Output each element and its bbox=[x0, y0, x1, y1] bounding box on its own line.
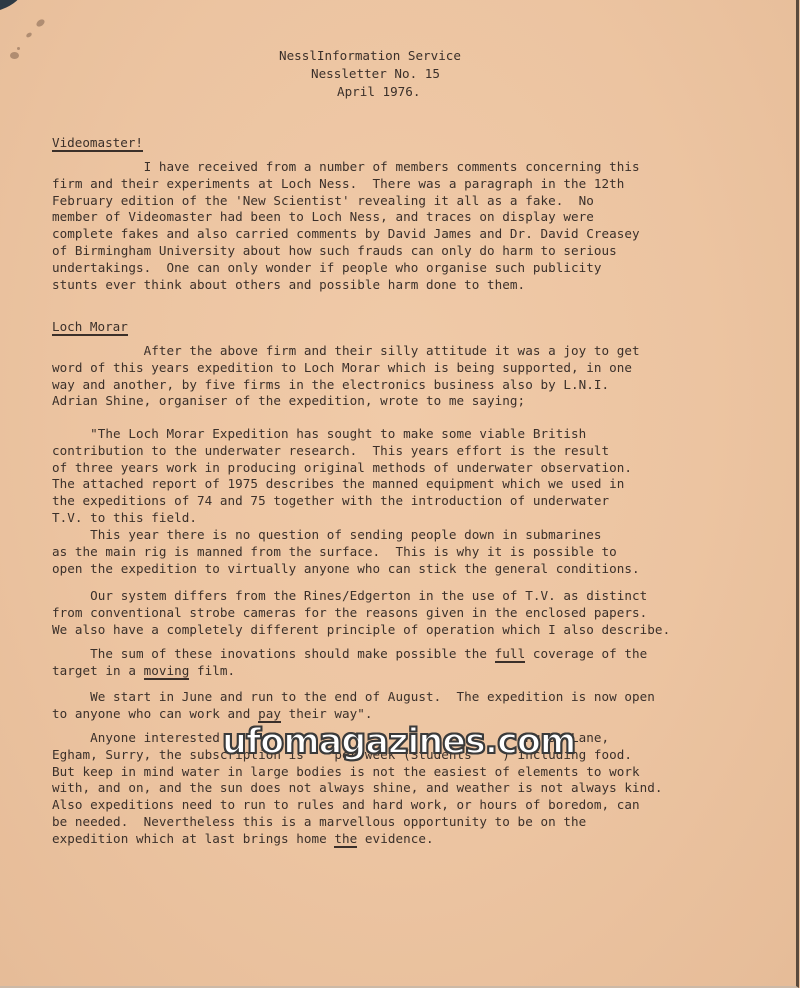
newsletter-date: April 1976. bbox=[337, 84, 420, 99]
text-line: word of this years expedition to Loch Mo… bbox=[52, 360, 640, 377]
text-line: member of Videomaster had been to Loch N… bbox=[52, 209, 640, 226]
text-line: to anyone who can work and pay their way… bbox=[52, 706, 655, 723]
text-line: This year there is no question of sendin… bbox=[52, 527, 640, 544]
newsletter-number: Nessletter No. 15 bbox=[311, 66, 440, 81]
underlined-word: pay bbox=[258, 706, 281, 723]
watermark: ufomagazines.com bbox=[222, 722, 575, 762]
text-line: After the above firm and their silly att… bbox=[52, 343, 640, 360]
ink-stain bbox=[25, 32, 32, 39]
text-line: of Birmingham University about how such … bbox=[52, 243, 640, 260]
videomaster-paragraph: I have received from a number of members… bbox=[52, 159, 640, 293]
scan-corner-shadow bbox=[0, 0, 22, 10]
text-line: of three years work in producing origina… bbox=[52, 460, 632, 477]
quote-paragraph-4: The sum of these inovations should make … bbox=[52, 646, 647, 680]
section-heading-loch-morar: Loch Morar bbox=[52, 319, 128, 336]
text-line: be needed. Nevertheless this is a marvel… bbox=[52, 814, 663, 831]
quote-paragraph-5: We start in June and run to the end of A… bbox=[52, 689, 655, 723]
text-line: We start in June and run to the end of A… bbox=[52, 689, 655, 706]
text-line: But keep in mind water in large bodies i… bbox=[52, 764, 663, 781]
text-line: I have received from a number of members… bbox=[52, 159, 640, 176]
loch-morar-intro-paragraph: After the above firm and their silly att… bbox=[52, 343, 640, 410]
text-line: as the main rig is manned from the surfa… bbox=[52, 544, 640, 561]
quote-paragraph-1: "The Loch Morar Expedition has sought to… bbox=[52, 426, 632, 527]
text-line: undertakings. One can only wonder if peo… bbox=[52, 260, 640, 277]
ink-stain bbox=[35, 18, 46, 28]
service-name: NesslInformation Service bbox=[279, 48, 461, 63]
text-line: The attached report of 1975 describes th… bbox=[52, 476, 632, 493]
quote-paragraph-3: Our system differs from the Rines/Edgert… bbox=[52, 588, 670, 638]
ink-stain bbox=[17, 47, 20, 50]
text-line: with, and on, and the sun does not alway… bbox=[52, 780, 663, 797]
text-line: expedition which at last brings home the… bbox=[52, 831, 663, 848]
underlined-word: moving bbox=[144, 663, 190, 680]
text-line: from conventional strobe cameras for the… bbox=[52, 605, 670, 622]
text-line: We also have a completely different prin… bbox=[52, 622, 670, 639]
text-line: firm and their experiments at Loch Ness.… bbox=[52, 176, 640, 193]
text-line: target in a moving film. bbox=[52, 663, 647, 680]
text-line: contribution to the underwater research.… bbox=[52, 443, 632, 460]
text-line: The sum of these inovations should make … bbox=[52, 646, 647, 663]
text-line: "The Loch Morar Expedition has sought to… bbox=[52, 426, 632, 443]
text-line: Also expeditions need to run to rules an… bbox=[52, 797, 663, 814]
quote-paragraph-2: This year there is no question of sendin… bbox=[52, 527, 640, 577]
text-line: open the expedition to virtually anyone … bbox=[52, 561, 640, 578]
text-line: the expeditions of 74 and 75 together wi… bbox=[52, 493, 632, 510]
ink-stain bbox=[10, 52, 19, 59]
text-line: way and another, by five firms in the el… bbox=[52, 377, 640, 394]
newsletter-page: NesslInformation Service Nessletter No. … bbox=[0, 0, 799, 988]
text-line: complete fakes and also carried comments… bbox=[52, 226, 640, 243]
text-line: stunts ever think about others and possi… bbox=[52, 277, 640, 294]
text-line: T.V. to this field. bbox=[52, 510, 632, 527]
text-line: February edition of the 'New Scientist' … bbox=[52, 193, 640, 210]
underlined-word: full bbox=[495, 646, 526, 663]
section-heading-videomaster: Videomaster! bbox=[52, 135, 143, 152]
underlined-word: the bbox=[334, 831, 357, 848]
text-line: Adrian Shine, organiser of the expeditio… bbox=[52, 393, 640, 410]
text-line: Our system differs from the Rines/Edgert… bbox=[52, 588, 670, 605]
